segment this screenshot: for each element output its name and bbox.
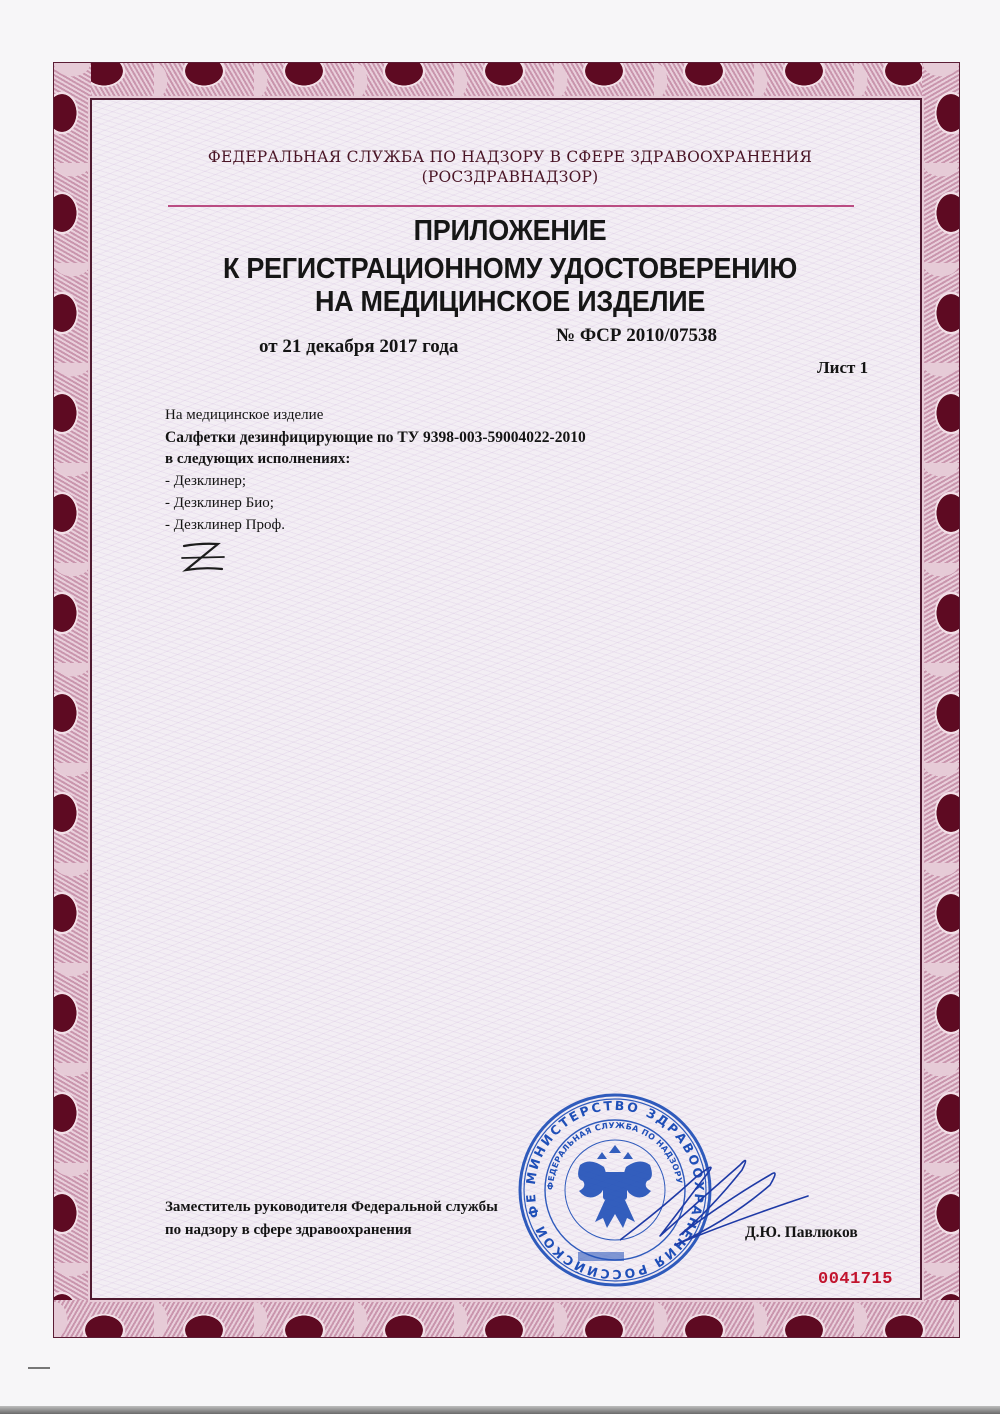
document-subtitle-2: НА МЕДИЦИНСКОЕ ИЗДЕЛИЕ (166, 286, 854, 319)
registration-number: № ФСР 2010/07538 (556, 325, 717, 347)
variants-heading: в следующих исполнениях: (165, 451, 350, 468)
sheet-number: Лист 1 (817, 358, 868, 378)
document-title: ПРИЛОЖЕНИЕ (166, 215, 854, 248)
agency-name: ФЕДЕРАЛЬНАЯ СЛУЖБА ПО НАДЗОРУ В СФЕРЕ ЗД… (140, 148, 880, 166)
document-subtitle-1: К РЕГИСТРАЦИОННОМУ УДОСТОВЕРЕНИЮ (166, 253, 854, 286)
intro-text: На медицинское изделие (165, 407, 323, 424)
signatory-position-line-2: по надзору в сфере здравоохранения (165, 1222, 412, 1239)
agency-abbreviation: (РОСЗДРАВНАДЗОР) (140, 168, 880, 186)
variant-item: - Дезклинер; (165, 473, 246, 490)
closing-z-mark (178, 540, 228, 576)
variant-item: - Дезклинер Био; (165, 495, 274, 512)
issue-date: от 21 декабря 2017 года (259, 336, 458, 358)
ornamental-frame-bottom (53, 1300, 960, 1338)
handwritten-signature (620, 1140, 810, 1260)
scan-edge-shadow (0, 1406, 1000, 1414)
variant-item: - Дезклинер Проф. (165, 517, 285, 534)
scan-artifact-mark (28, 1367, 50, 1369)
header-divider (168, 205, 854, 207)
product-name: Салфетки дезинфицирующие по ТУ 9398-003-… (165, 429, 586, 447)
form-serial-number: 0041715 (818, 1270, 893, 1289)
signatory-position-line-1: Заместитель руководителя Федеральной слу… (165, 1199, 498, 1216)
